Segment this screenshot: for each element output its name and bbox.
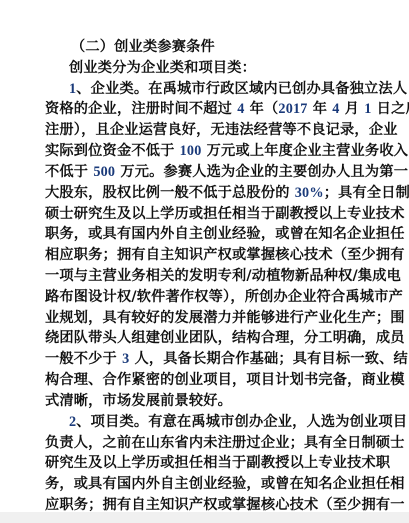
text-run: 应职务；拥有自主知识产权或掌握核心技术（至少拥有一 — [45, 497, 405, 513]
number-value: 500 — [93, 164, 115, 180]
text-run: 绕团队带头人组建创业团队，结构合理，分工明确，成员 — [45, 330, 405, 346]
text-line: 一般不少于 3 人，具备长期合作基础；具有目标一致、结 — [45, 348, 350, 371]
page-bottom-band — [0, 512, 409, 523]
text-run: 实际到位资金不低于 — [45, 143, 180, 159]
text-line: 一项与主营业务相关的发明专利/动植物新品种权/集成电 — [45, 265, 350, 288]
number-value: 1 — [364, 101, 371, 117]
text-line: 不低于 500 万元。参赛人选为企业的主要创办人且为第一 — [45, 161, 350, 184]
text-line: 注册），且企业运营良好，无违法经营等不良记录，企业 — [45, 119, 350, 142]
text-line: 硕士研究生及以上学历或担任相当于副教授以上专业技术 — [45, 203, 350, 226]
text-run: 、项目类。有意在禹城市创办企业，人选为创业项目 — [76, 414, 407, 430]
text-line: 务，或具有国内外自主创业经验，或曾在知名企业担任相 — [45, 473, 350, 496]
text-line: 研究生及以上学历或担任相当于副教授以上专业技术职 — [45, 452, 350, 475]
text-run: 职务，或具有国内外自主创业经验，或曾在知名企业担任 — [45, 226, 405, 242]
text-line: 资格的企业，注册时间不超过 4 年（2017 年 4 月 1 日之后 — [45, 98, 350, 121]
text-run: （二）创业类参赛条件 — [71, 39, 215, 55]
text-run: 一般不少于 — [45, 351, 122, 367]
text-run: 年 — [308, 101, 333, 117]
text-line: 负责人，之前在山东省内未注册过企业；具有全日制硕士 — [45, 432, 350, 455]
text-line: 1、企业类。在禹城市行政区域内已创办具备独立法人 — [69, 78, 374, 101]
text-run: 注册），且企业运营良好，无违法经营等不良记录，企业 — [45, 122, 398, 138]
text-run: 资格的企业，注册时间不超过 — [45, 101, 237, 117]
document-page: （二）创业类参赛条件创业类分为企业类和项目类：1、企业类。在禹城市行政区域内已创… — [0, 0, 409, 512]
section-heading: （二）创业类参赛条件 — [71, 36, 376, 59]
text-line: 构合理、合作紧密的创业项目，项目计划书完备，商业模 — [45, 369, 350, 392]
text-run: 大股东，股权比例一般不低于总股份的 — [45, 185, 295, 201]
text-line: 创业类分为企业类和项目类： — [69, 57, 374, 80]
text-line: 职务，或具有国内外自主创业经验，或曾在知名企业担任 — [45, 223, 350, 246]
text-run: 相应职务；拥有自主知识产权或掌握核心技术（至少拥有 — [45, 247, 405, 263]
text-run: 月 — [340, 101, 365, 117]
text-run: 日之后 — [372, 101, 409, 117]
text-run: 万元。参赛人选为企业的主要创办人且为第一 — [115, 164, 408, 180]
text-run: 创业类分为企业类和项目类： — [69, 60, 256, 76]
text-run: 研究生及以上学历或担任相当于副教授以上专业技术职 — [45, 455, 390, 471]
number-value: 4 — [332, 101, 339, 117]
number-value: 2017 — [278, 101, 307, 117]
text-run: 、企业类。在禹城市行政区域内已创办具备独立法人 — [76, 81, 407, 97]
number-value: 100 — [180, 143, 202, 159]
text-run: 不低于 — [45, 164, 93, 180]
text-run: 式清晰，市场发展前景较好。 — [45, 393, 232, 409]
text-line: 相应职务；拥有自主知识产权或掌握核心技术（至少拥有 — [45, 244, 350, 267]
text-run: 负责人，之前在山东省内未注册过企业；具有全日制硕士 — [45, 435, 405, 451]
text-line: 绕团队带头人组建创业团队，结构合理，分工明确，成员 — [45, 327, 350, 350]
text-run: 万元或上年度企业主营业务收入 — [202, 143, 409, 159]
text-line: 业规划，具有较好的发展潜力并能够进行产业化生产；围 — [45, 307, 350, 330]
text-run: 硕士研究生及以上学历或担任相当于副教授以上专业技术 — [45, 206, 405, 222]
text-line: 大股东，股权比例一般不低于总股份的 30%；具有全日制 — [45, 182, 350, 205]
text-line: 路布图设计权/软件著作权等），所创办企业符合禹城市产 — [45, 286, 350, 309]
text-run: 路布图设计权/软件著作权等），所创办企业符合禹城市产 — [45, 289, 403, 305]
number-value: 30% — [295, 185, 324, 201]
text-line: 实际到位资金不低于 100 万元或上年度企业主营业务收入 — [45, 140, 350, 163]
text-run: 一项与主营业务相关的发明专利/动植物新品种权/集成电 — [45, 268, 401, 284]
text-run: 务，或具有国内外自主创业经验，或曾在知名企业担任相 — [45, 476, 405, 492]
text-run: ；具有全日制 — [324, 185, 409, 201]
text-run: 构合理、合作紧密的创业项目，项目计划书完备，商业模 — [45, 372, 405, 388]
text-line: 2、项目类。有意在禹城市创办企业，人选为创业项目 — [69, 411, 374, 434]
text-run: 年（ — [244, 101, 278, 117]
text-run: 业规划，具有较好的发展潜力并能够进行产业化生产；围 — [45, 310, 405, 326]
text-line: 式清晰，市场发展前景较好。 — [45, 390, 350, 413]
text-run: 人，具备长期合作基础；具有目标一致、结 — [129, 351, 408, 367]
